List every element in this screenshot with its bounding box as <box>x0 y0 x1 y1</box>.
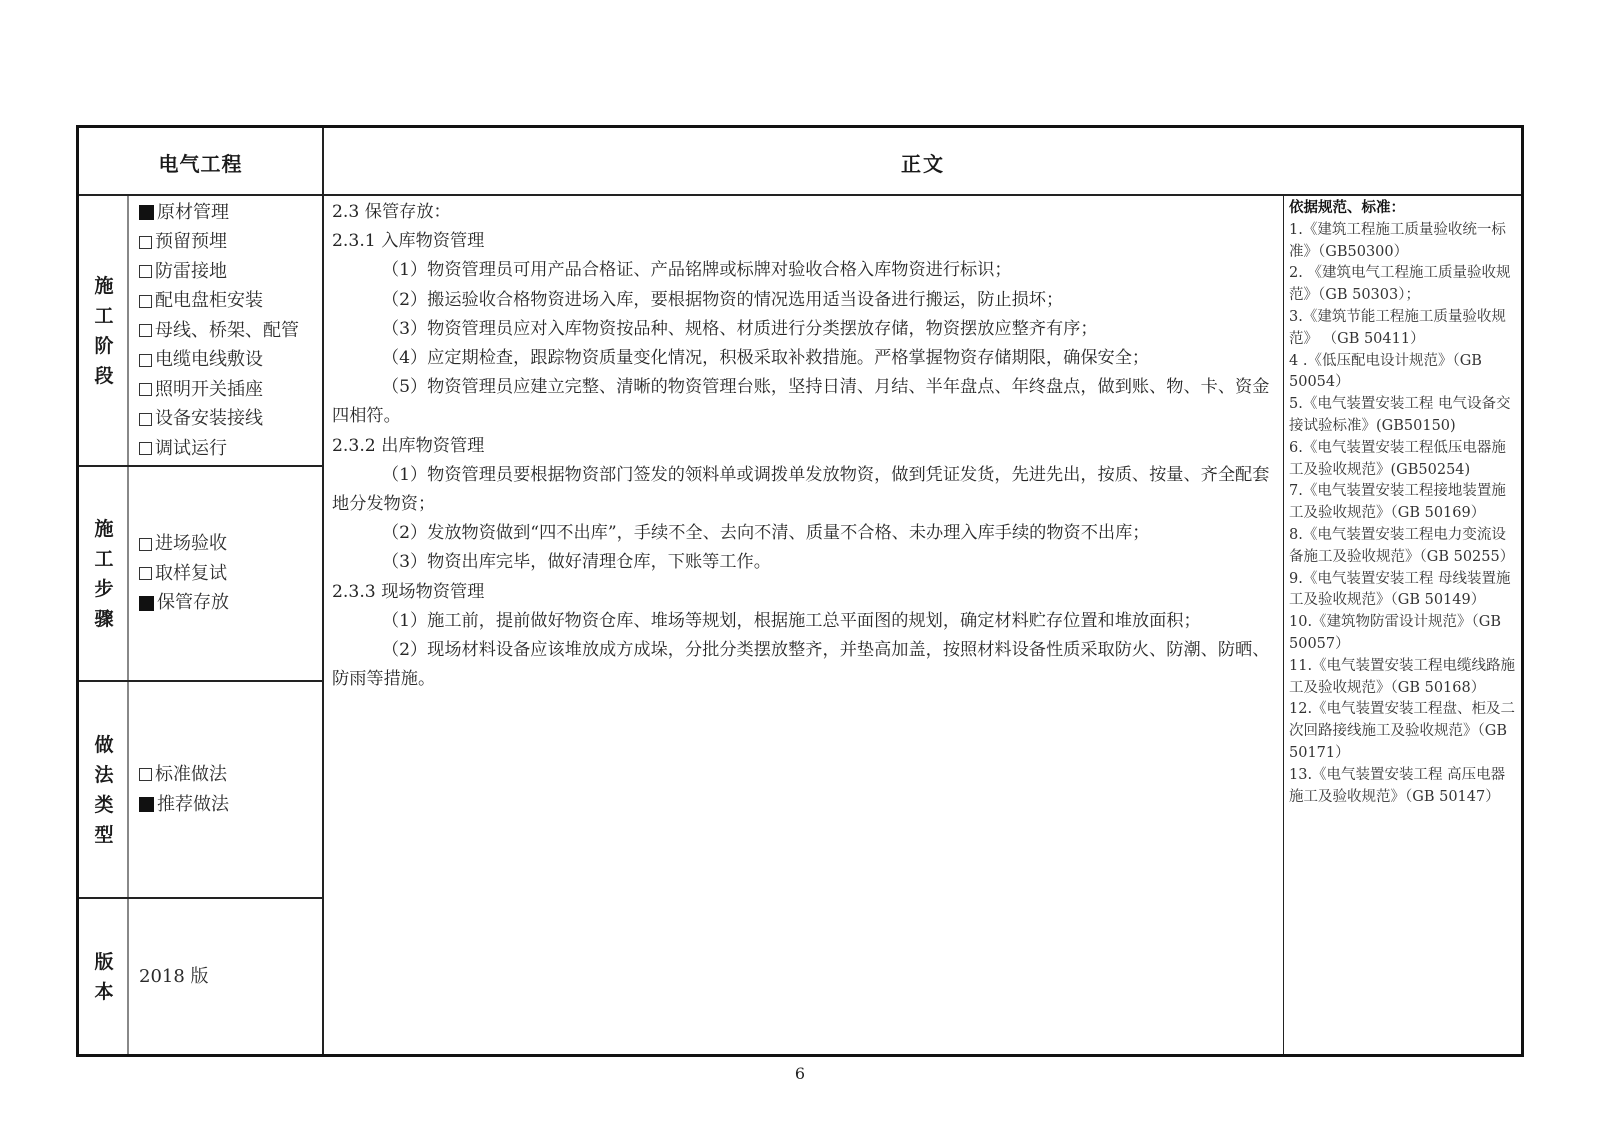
section-heading: 2.3 保管存放： <box>332 198 1282 227</box>
reference-item: 5.《电气装置安装工程 电气设备交接试验标准》(GB50150) <box>1289 394 1517 438</box>
paragraph: （4）应定期检查，跟踪物资质量变化情况，积极采取补救措施。严格掌握物资存储期限，… <box>332 344 1282 373</box>
checkbox-stage-cable-laying[interactable]: 电缆电线敷设 <box>139 345 324 375</box>
unchecked-box-icon <box>139 538 152 551</box>
paragraph: （2）现场材料设备应该堆放成方成垛，分批分类摆放整齐，并垫高加盖，按照材料设备性… <box>332 636 1282 694</box>
paragraph: （2）发放物资做到“四不出库”，手续不全、去向不清、质量不合格、未办理入库手续的… <box>332 519 1282 548</box>
paragraph: （3）物资出库完毕，做好清理仓库，下账等工作。 <box>332 548 1282 577</box>
checked-box-icon <box>139 205 154 220</box>
stage-checklist: 原材管理 预留预埋 防雷接地 配电盘柜安装 母线、桥架、配管 电缆电线敷设 照明… <box>139 196 324 465</box>
document-table: 电气工程 正文 施 工 阶 段 原材管理 预留预埋 防雷接地 配电盘柜安装 母线… <box>76 125 1524 1057</box>
unchecked-box-icon <box>139 295 152 308</box>
checkbox-step-inspection[interactable]: 进场验收 <box>139 529 324 559</box>
method-label: 做 法 类 型 <box>79 682 129 897</box>
unchecked-box-icon <box>139 354 152 367</box>
reference-item: 11.《电气装置安装工程电缆线路施工及验收规范》（GB 50168） <box>1289 656 1517 700</box>
reference-item: 1.《建筑工程施工质量验收统一标准》（GB50300） <box>1289 220 1517 264</box>
unchecked-box-icon <box>139 265 152 278</box>
checkbox-stage-commissioning[interactable]: 调试运行 <box>139 434 324 464</box>
unchecked-box-icon <box>139 324 152 337</box>
category-title: 电气工程 <box>79 128 322 196</box>
checkbox-method-recommended[interactable]: 推荐做法 <box>139 790 324 820</box>
reference-item: 8.《电气装置安装工程电力变流设备施工及验收规范》（GB 50255） <box>1289 525 1517 569</box>
reference-item: 2. 《建筑电气工程施工质量验收规范》（GB 50303）； <box>1289 263 1517 307</box>
checked-box-icon <box>139 797 154 812</box>
paragraph: （1）施工前，提前做好物资仓库、堆场等规划，根据施工总平面图的规划，确定材料贮存… <box>332 607 1282 636</box>
version-label: 版 本 <box>79 899 129 1054</box>
paragraph: （3）物资管理员应对入库物资按品种、规格、材质进行分类摆放存储，物资摆放应整齐有… <box>332 315 1282 344</box>
unchecked-box-icon <box>139 768 152 781</box>
checkbox-step-storage[interactable]: 保管存放 <box>139 588 324 618</box>
step-label: 施 工 步 骤 <box>79 467 129 680</box>
checkbox-stage-lightning-grounding[interactable]: 防雷接地 <box>139 257 324 287</box>
reference-item: 3.《建筑节能工程施工质量验收规范》 （GB 50411） <box>1289 307 1517 351</box>
reference-item: 4 .《低压配电设计规范》（GB 50054） <box>1289 351 1517 395</box>
paragraph: （5）物资管理员应建立完整、清晰的物资管理台账，坚持日清、月结、半年盘点、年终盘… <box>332 373 1282 431</box>
checkbox-stage-raw-materials[interactable]: 原材管理 <box>139 198 324 228</box>
subsection-title-inbound: 2.3.1 入库物资管理 <box>332 227 1282 256</box>
paragraph: （1）物资管理员可用产品合格证、产品铭牌或标牌对验收合格入库物资进行标识； <box>332 256 1282 285</box>
unchecked-box-icon <box>139 383 152 396</box>
body-text: 2.3 保管存放： 2.3.1 入库物资管理 （1）物资管理员可用产品合格证、产… <box>332 198 1282 694</box>
reference-item: 12.《电气装置安装工程盘、柜及二次回路接线施工及验收规范》（GB 50171） <box>1289 699 1517 764</box>
checkbox-step-sampling[interactable]: 取样复试 <box>139 559 324 589</box>
subsection-title-outbound: 2.3.2 出库物资管理 <box>332 432 1282 461</box>
checkbox-stage-equipment-wiring[interactable]: 设备安装接线 <box>139 404 324 434</box>
checked-box-icon <box>139 596 154 611</box>
checkbox-stage-lighting-switches[interactable]: 照明开关插座 <box>139 375 324 405</box>
main-title: 正文 <box>325 128 1521 196</box>
reference-item: 7.《电气装置安装工程接地装置施工及验收规范》（GB 50169） <box>1289 481 1517 525</box>
method-checklist: 标准做法 推荐做法 <box>139 682 324 897</box>
reference-item: 9.《电气装置安装工程 母线装置施工及验收规范》（GB 50149） <box>1289 569 1517 613</box>
unchecked-box-icon <box>139 236 152 249</box>
unchecked-box-icon <box>139 442 152 455</box>
checkbox-stage-busbar-tray-conduit[interactable]: 母线、桥架、配管 <box>139 316 324 346</box>
step-checklist: 进场验收 取样复试 保管存放 <box>139 467 324 680</box>
subsection-title-site: 2.3.3 现场物资管理 <box>332 578 1282 607</box>
paragraph: （1）物资管理员要根据物资部门签发的领料单或调拨单发放物资，做到凭证发货，先进先… <box>332 461 1282 519</box>
unchecked-box-icon <box>139 567 152 580</box>
version-value-cell: 2018 版 <box>139 899 324 1054</box>
references-list: 依据规范、标准： 1.《建筑工程施工质量验收统一标准》（GB50300） 2. … <box>1289 198 1517 808</box>
checkbox-stage-switchboard[interactable]: 配电盘柜安装 <box>139 286 324 316</box>
paragraph: （2）搬运验收合格物资进场入库，要根据物资的情况选用适当设备进行搬运，防止损坏； <box>332 286 1282 315</box>
version-value: 2018 版 <box>139 962 324 992</box>
unchecked-box-icon <box>139 413 152 426</box>
references-title: 依据规范、标准： <box>1289 198 1517 220</box>
checkbox-stage-embedding[interactable]: 预留预埋 <box>139 227 324 257</box>
stage-label: 施 工 阶 段 <box>79 196 129 465</box>
page-number: 6 <box>0 1064 1600 1083</box>
refs-column-divider <box>1283 196 1284 1054</box>
reference-item: 10.《建筑物防雷设计规范》（GB 50057） <box>1289 612 1517 656</box>
reference-item: 13.《电气装置安装工程 高压电器施工及验收规范》（GB 50147） <box>1289 765 1517 809</box>
reference-item: 6.《电气装置安装工程低压电器施工及验收规范》(GB50254) <box>1289 438 1517 482</box>
checkbox-method-standard[interactable]: 标准做法 <box>139 760 324 790</box>
